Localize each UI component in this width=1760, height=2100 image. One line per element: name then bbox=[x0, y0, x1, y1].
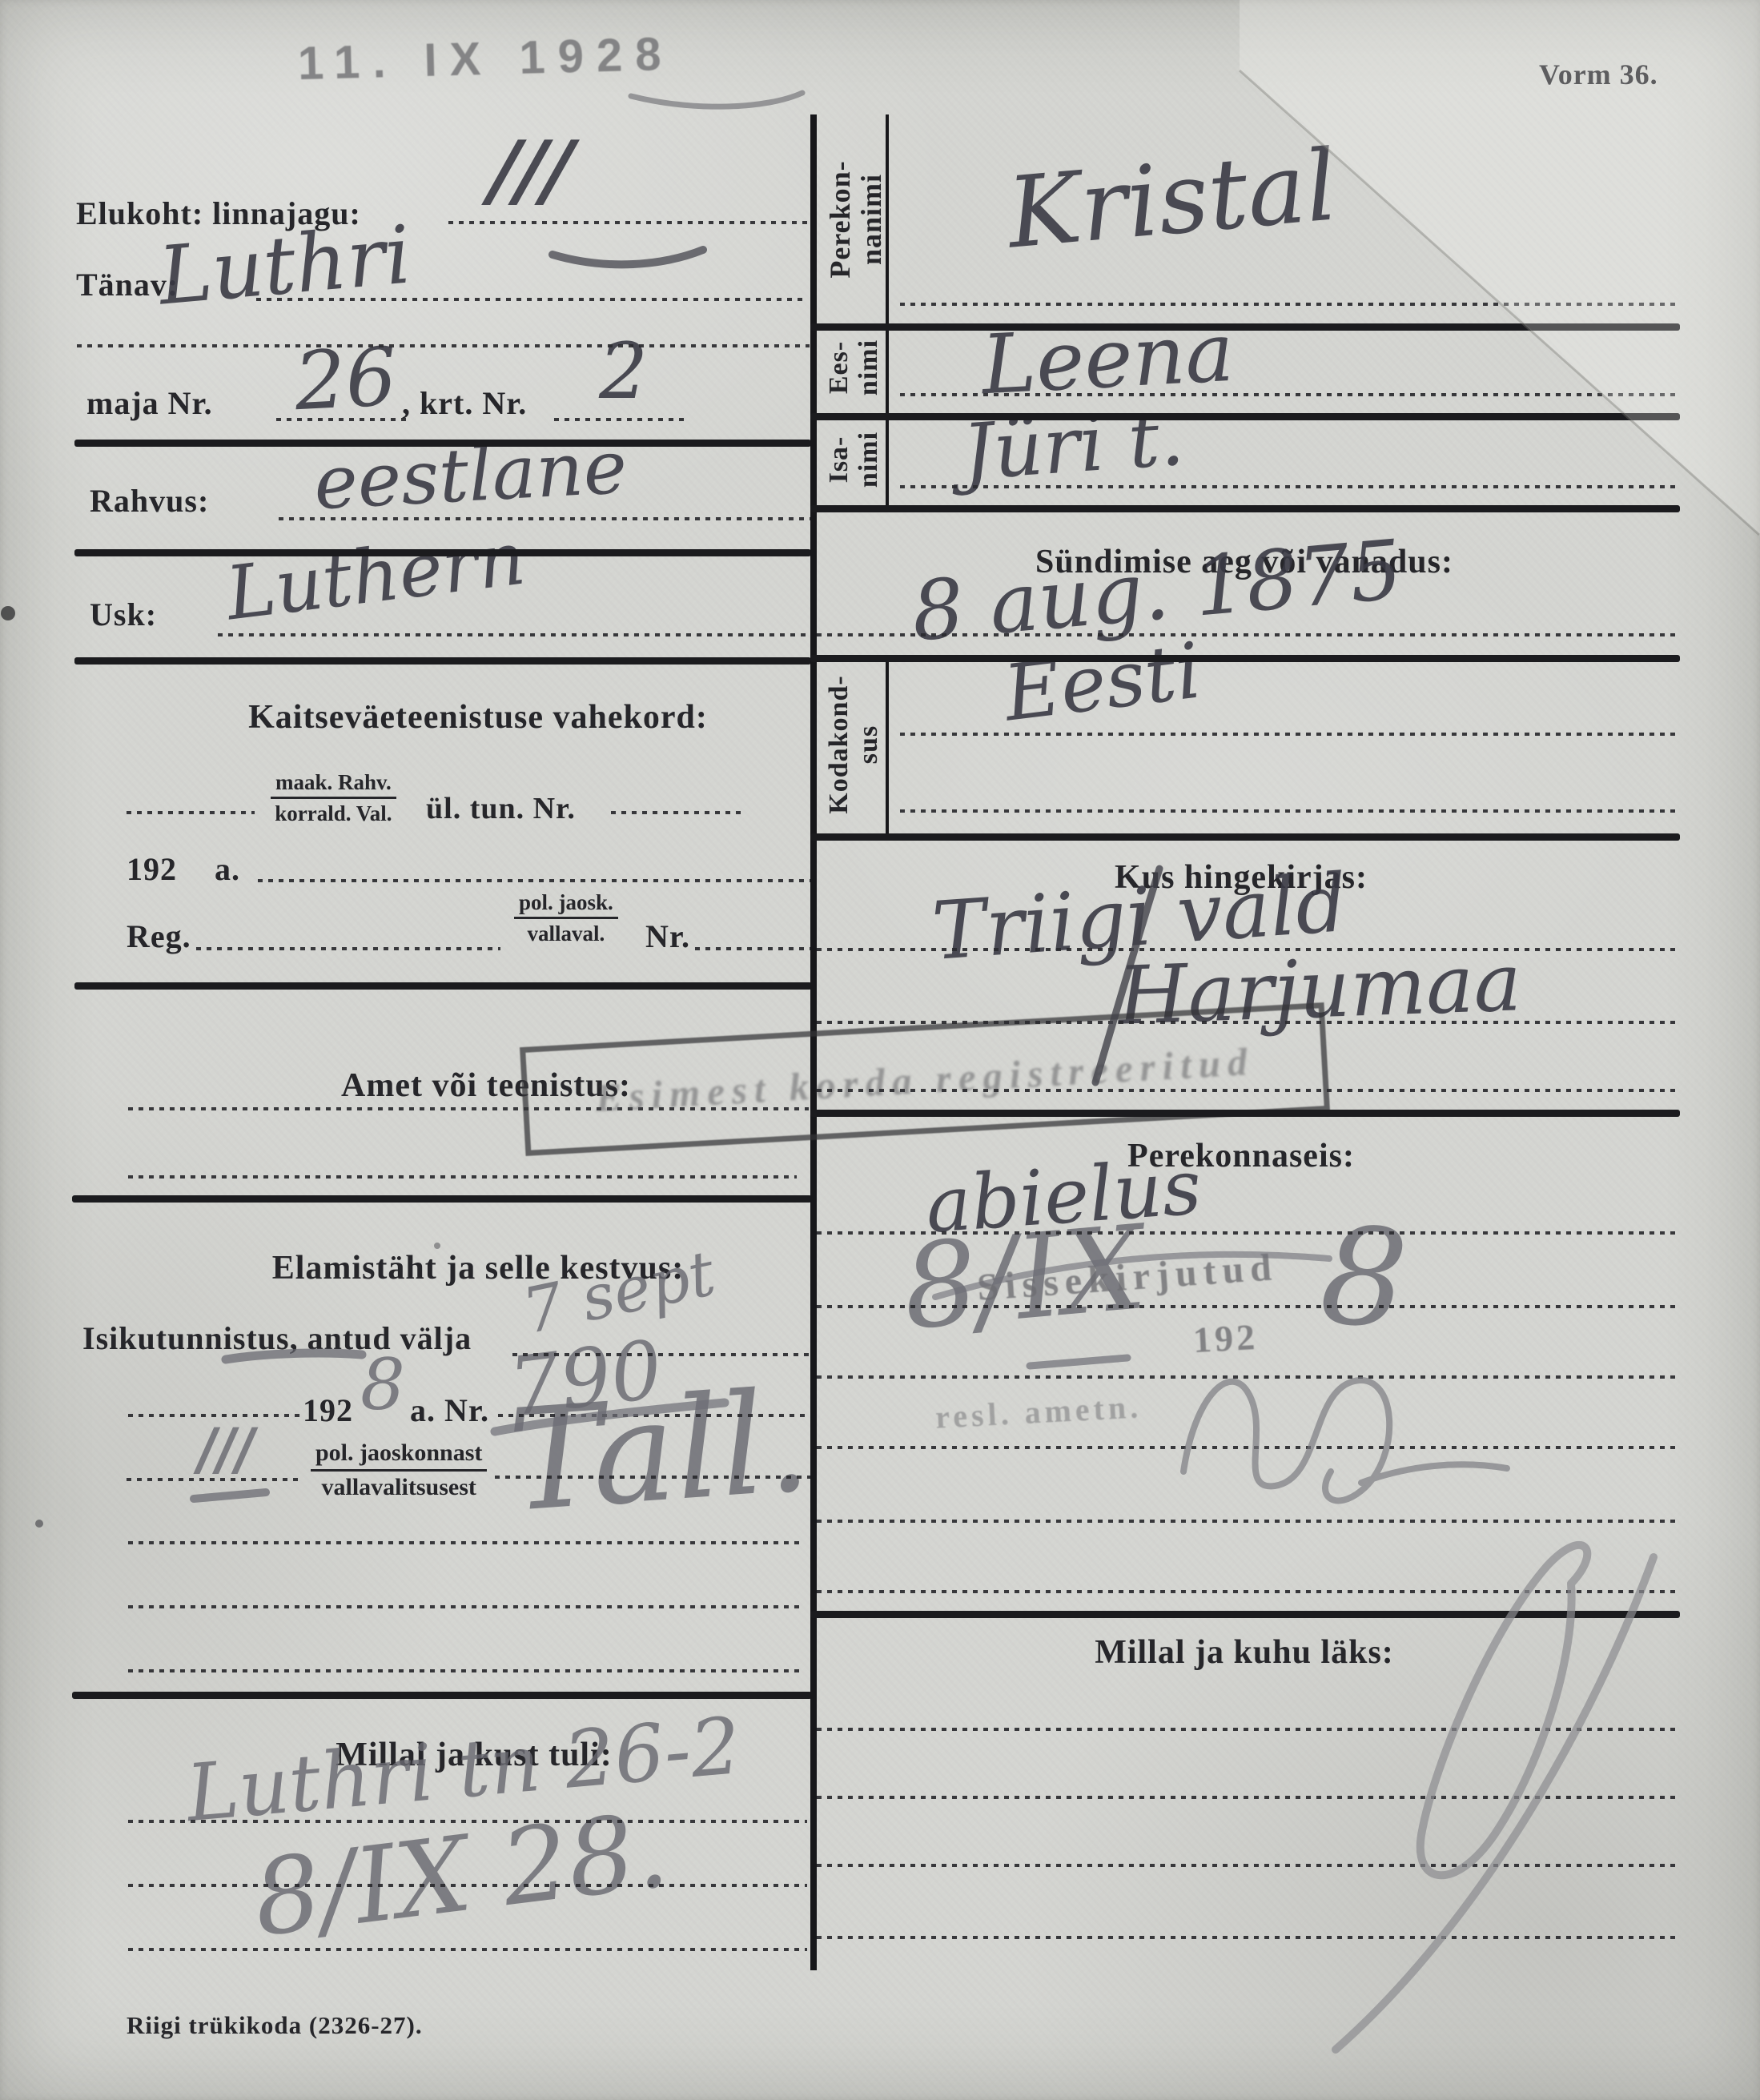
divider-rule bbox=[810, 413, 1680, 420]
reg-year-stamp: 192 bbox=[1192, 1315, 1260, 1361]
isanimi-label: Isa- nimi bbox=[825, 416, 883, 503]
sund-dotted bbox=[817, 633, 1678, 636]
kaitse-dotted-line-right bbox=[611, 811, 743, 814]
date-stamp-underline bbox=[631, 93, 802, 106]
jaosk-underline bbox=[194, 1492, 266, 1499]
tanav-dotted-line bbox=[256, 298, 807, 301]
date-stamp: 11. IX 1928 bbox=[297, 27, 674, 90]
isanimi-label-line1: Isa- bbox=[825, 416, 854, 503]
registration-card: 11. IX 1928 Vorm 36. Elukoht: linnajagu:… bbox=[0, 0, 1760, 2100]
a-nr-label: a. Nr. bbox=[410, 1391, 489, 1429]
perekonnanimi-label: Perekon- nanimi bbox=[825, 118, 887, 320]
laks-dotted-3 bbox=[817, 1864, 1678, 1867]
isik-year-dotted-left bbox=[128, 1414, 303, 1417]
row-dotted-line bbox=[77, 344, 810, 347]
divider-rule bbox=[74, 982, 812, 990]
tuli-dotted-1 bbox=[128, 1820, 807, 1823]
blank-dotted-2 bbox=[128, 1605, 805, 1608]
laks-dotted-4 bbox=[817, 1936, 1678, 1939]
vallaval-label: vallaval. bbox=[514, 919, 618, 946]
kodakondsus-dotted-1 bbox=[900, 733, 1678, 736]
isik-year-label: 192 bbox=[303, 1391, 353, 1429]
divider-rule bbox=[74, 549, 811, 556]
reg-label: Reg. bbox=[127, 917, 191, 955]
laks-dotted-1 bbox=[817, 1728, 1678, 1731]
usk-label: Usk: bbox=[90, 596, 157, 633]
divider-rule bbox=[74, 440, 811, 447]
usk-value: Luthern bbox=[223, 522, 529, 632]
year-192-label: 192 bbox=[127, 850, 177, 888]
reg-dotted-line bbox=[196, 947, 500, 950]
isik-nr-dotted-right bbox=[498, 1414, 812, 1417]
hingekiri-dotted-2 bbox=[817, 1021, 1678, 1024]
pol-jaoskonnast-label: pol. jaoskonnast bbox=[311, 1439, 487, 1472]
divider-rule bbox=[810, 1110, 1680, 1117]
krt-dotted-line bbox=[554, 418, 684, 421]
reg-year-value: 8 bbox=[1316, 1207, 1411, 1347]
eesnimi-label-line2: nimi bbox=[854, 325, 884, 410]
elukoht-dotted-line bbox=[448, 221, 807, 224]
divider-rule bbox=[72, 1195, 812, 1203]
divider-rule bbox=[72, 1692, 812, 1699]
kodakondsus-value: Eesti bbox=[1000, 632, 1204, 732]
printer-footer: Riigi trükikoda (2326-27). bbox=[127, 2011, 423, 2040]
divider-rule bbox=[810, 505, 1680, 512]
tuli-dotted-3 bbox=[128, 1948, 807, 1951]
rahvus-label: Rahvus: bbox=[90, 482, 209, 520]
reg-nr-dotted-line bbox=[695, 947, 811, 950]
laks-title: Millal ja kuhu läks: bbox=[1095, 1633, 1394, 1672]
kodakondsus-label-line1: Kodakond- bbox=[825, 658, 854, 831]
hingekiri-dotted-1 bbox=[817, 948, 1678, 951]
perekonnaseis-dotted-5 bbox=[817, 1520, 1678, 1523]
corner-fold bbox=[1240, 0, 1760, 535]
tanav-value: Luthri bbox=[155, 215, 414, 316]
kodakondsus-label-line2: sus bbox=[854, 658, 884, 831]
perekonnaseis-dotted-4 bbox=[817, 1446, 1678, 1449]
maak-rahv-label: maak. Rahv. bbox=[271, 770, 396, 799]
year-dotted-line bbox=[258, 879, 818, 882]
kodakondsus-dotted-2 bbox=[900, 809, 1678, 813]
isanimi-label-line2: nimi bbox=[854, 416, 884, 503]
perekonnanimi-dotted bbox=[900, 303, 1677, 306]
perekonnanimi-value: Kristal bbox=[1003, 136, 1340, 262]
korrald-val-label: korrald. Val. bbox=[271, 799, 396, 825]
paper-speck bbox=[1, 606, 15, 620]
rahvus-dotted-line bbox=[279, 517, 817, 520]
maja-dotted-line bbox=[276, 418, 408, 421]
ul-tun-nr-label: ül. tun. Nr. bbox=[426, 791, 576, 826]
blank-dotted-1 bbox=[128, 1541, 805, 1544]
usk-dotted-line bbox=[218, 633, 809, 636]
perekonnanimi-label-line1: Perekon- bbox=[825, 118, 856, 320]
divider-rule bbox=[810, 323, 1680, 331]
perekonnanimi-label-line2: nanimi bbox=[856, 118, 887, 320]
divider-rule bbox=[810, 833, 1680, 841]
pol-jaoskonnast-fraction: pol. jaoskonnast vallavalitsusest bbox=[311, 1439, 487, 1500]
eesnimi-dotted bbox=[900, 393, 1677, 396]
kodakondsus-label: Kodakond- sus bbox=[825, 658, 883, 831]
linn-value: Tall. bbox=[504, 1371, 814, 1532]
eesnimi-label-line1: Ees- bbox=[825, 325, 854, 410]
isik-dotted-line bbox=[512, 1353, 810, 1356]
maja-label: maja Nr. bbox=[86, 384, 213, 422]
isikutunnistus-label: Isikutunnistus, antud välja bbox=[82, 1319, 472, 1357]
perekonnaseis-dotted-3 bbox=[817, 1375, 1678, 1379]
jaoskond-value: III bbox=[189, 1420, 262, 1484]
reg-date-underline bbox=[1030, 1358, 1127, 1366]
perekonnaseis-dotted-2 bbox=[817, 1305, 1678, 1308]
pol-jaosk-fraction: pol. jaosk. vallaval. bbox=[514, 890, 618, 946]
hingekiri-dotted-3 bbox=[817, 1089, 1678, 1092]
kaitse-dotted-line-left bbox=[127, 811, 255, 814]
laks-dotted-2 bbox=[817, 1796, 1678, 1799]
first-registration-stamp-text: Esimest korda registreeritud bbox=[594, 1038, 1256, 1121]
divider-rule bbox=[810, 1611, 1680, 1618]
pol-jaosk-label: pol. jaosk. bbox=[514, 890, 618, 919]
first-registration-stamp: Esimest korda registreeritud bbox=[520, 1002, 1330, 1156]
paper-speck bbox=[434, 1243, 440, 1249]
paper-speck bbox=[35, 1520, 43, 1528]
perekonnaseis-dotted-1 bbox=[817, 1231, 1678, 1235]
official-signature bbox=[1183, 1380, 1507, 1500]
divider-rule bbox=[74, 657, 811, 665]
form-number: Vorm 36. bbox=[1539, 58, 1658, 91]
elukoht-value: III bbox=[474, 130, 586, 219]
vallavalitsusest-label: vallavalitsusest bbox=[311, 1472, 487, 1501]
jaosk-dotted-right bbox=[495, 1476, 815, 1479]
isanimi-dotted bbox=[900, 485, 1677, 488]
perekonnaseis-dotted-6 bbox=[817, 1590, 1678, 1593]
divider-rule bbox=[810, 655, 1680, 662]
jaosk-dotted-left bbox=[127, 1478, 303, 1481]
amet-dotted-line-2 bbox=[128, 1175, 797, 1178]
linnajagu-underline-stroke bbox=[553, 250, 703, 264]
official-stamp: resl. ametn. bbox=[934, 1387, 1143, 1435]
nr-label: Nr. bbox=[645, 917, 690, 955]
a-label: a. bbox=[215, 850, 240, 888]
krt-label: , krt. Nr. bbox=[402, 384, 527, 422]
blank-dotted-3 bbox=[128, 1669, 805, 1672]
kodakondsus-label-divider bbox=[886, 655, 889, 836]
eesnimi-label: Ees- nimi bbox=[825, 325, 883, 410]
kaitse-title: Kaitseväeteenistuse vahekord: bbox=[248, 698, 708, 737]
maja-value: 26 bbox=[292, 337, 398, 423]
isik-year-value: 8 bbox=[360, 1350, 405, 1420]
tuli-dotted-2 bbox=[128, 1884, 807, 1887]
maak-korrald-fraction: maak. Rahv. korrald. Val. bbox=[271, 770, 396, 825]
